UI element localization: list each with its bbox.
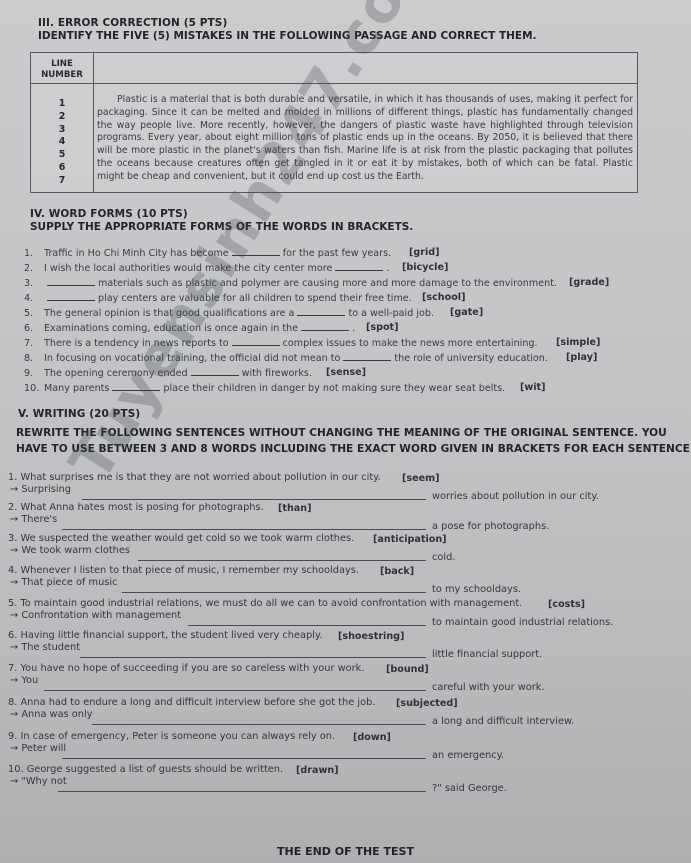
passage-line: programs. Every year, about eight millio… [97,132,633,145]
answer-line[interactable] [82,499,426,500]
writing-question: 8. Anna had to endure a long and difficu… [8,697,375,708]
error-correction-table: LINE NUMBER 1 2 3 4 5 6 7 Plastic is a m… [30,52,638,193]
rewrite-prompt: → We took warm clothes [10,545,130,556]
rewrite-ending: cold. [432,552,455,563]
line-number: 6 [31,162,93,175]
writing-question: 9. In case of emergency, Peter is someon… [8,731,335,742]
keyword-hint: [bound] [386,664,429,675]
passage-line: will be more plastic in the planet's wat… [97,145,633,158]
answer-blank[interactable] [343,352,391,361]
keyword-hint: [spot] [366,322,399,333]
sentence-start: Traffic in Ho Chi Minh City has become [44,248,229,259]
sentence-end: to a well-paid job. [348,308,434,319]
rewrite-ending: to maintain good industrial relations. [432,617,613,628]
keyword-hint: [wit] [520,382,546,393]
rewrite-prompt: → There's [10,514,57,525]
word-form-item: 9.The opening ceremony endedwith firewor… [24,367,312,379]
item-number: 9. [24,368,44,379]
answer-line[interactable] [122,592,426,593]
rewrite-prompt: → You [10,675,38,686]
rewrite-ending: ?" said George. [432,783,507,794]
section-3-title: III. ERROR CORRECTION (5 PTS) [38,17,227,29]
keyword-hint: [grid] [409,247,440,258]
word-form-item: 1.Traffic in Ho Chi Minh City has become… [24,247,391,259]
item-number: 5. [24,308,44,319]
rewrite-prompt: → "Why not [10,776,67,787]
sentence-end: place their children in danger by not ma… [163,383,505,394]
line-number-header: LINE NUMBER [31,59,93,81]
answer-line[interactable] [62,758,426,759]
answer-blank[interactable] [47,292,95,301]
word-form-item: 10.Many parentsplace their children in d… [24,382,505,394]
rewrite-ending: careful with your work. [432,682,545,693]
sentence-start: Examinations coming, education is once a… [44,323,298,334]
answer-line[interactable] [92,724,426,725]
keyword-hint: [school] [422,292,465,303]
answer-blank[interactable] [232,247,280,256]
sentence-start: I wish the local authorities would make … [44,263,332,274]
answer-line[interactable] [80,657,426,658]
rewrite-prompt: → The student [10,642,80,653]
section-4-instruction: SUPPLY THE APPROPRIATE FORMS OF THE WORD… [30,221,413,233]
item-number: 4. [24,293,44,304]
line-number: 3 [31,124,93,137]
word-form-item: 3.materials such as plastic and polymer … [24,277,557,289]
rewrite-prompt: → Peter will [10,743,66,754]
writing-question: 1. What surprises me is that they are no… [8,472,381,483]
keyword-hint: [down] [353,732,391,743]
line-number: 7 [31,175,93,188]
line-number: 5 [31,149,93,162]
writing-question: 10. George suggested a list of guests sh… [8,764,283,775]
word-form-item: 2.I wish the local authorities would mak… [24,262,389,274]
keyword-hint: [simple] [556,337,600,348]
section-5-instruction-line-2: HAVE TO USE BETWEEN 3 AND 8 WORDS INCLUD… [16,443,691,455]
answer-line[interactable] [188,625,426,626]
item-number: 7. [24,338,44,349]
answer-blank[interactable] [232,337,280,346]
rewrite-prompt: → Confrontation with management [10,610,181,621]
answer-blank[interactable] [297,307,345,316]
keyword-hint: [anticipation] [373,534,447,545]
passage: Plastic is a material that is both durab… [97,94,633,184]
rewrite-ending: a pose for photographs. [432,521,549,532]
item-number: 6. [24,323,44,334]
passage-line: the oceans because creatures often get t… [97,158,633,171]
answer-line[interactable] [138,560,426,561]
line-number: 2 [31,111,93,124]
keyword-hint: [than] [278,503,312,514]
word-form-item: 7.There is a tendency in news reports to… [24,337,538,349]
sentence-start: The opening ceremony ended [44,368,188,379]
line-number: 4 [31,136,93,149]
sentence-end: materials such as plastic and polymer ar… [98,278,557,289]
answer-blank[interactable] [47,277,95,286]
word-form-item: 4.play centers are valuable for all chil… [24,292,412,304]
writing-question: 6. Having little financial support, the … [8,630,322,641]
keyword-hint: [sense] [326,367,366,378]
line-number: 1 [31,98,93,111]
section-3-instruction: IDENTIFY THE FIVE (5) MISTAKES IN THE FO… [38,30,537,42]
passage-line: might be cheap and convenient, but it co… [97,171,633,184]
keyword-hint: [costs] [548,599,585,610]
table-header-row [31,53,637,84]
sentence-start: The general opinion is that good qualifi… [44,308,294,319]
passage-line: packaging. Since it can be melted and mo… [97,107,633,120]
sentence-end: . [352,323,355,334]
answer-line[interactable] [44,690,426,691]
sentence-end: complex issues to make the news more ent… [283,338,538,349]
answer-blank[interactable] [335,262,383,271]
word-form-item: 8.In focusing on vocational training, th… [24,352,548,364]
keyword-hint: [play] [566,352,597,363]
column-divider [93,53,94,192]
keyword-hint: [gate] [450,307,483,318]
sentence-end: the role of university education. [394,353,547,364]
answer-line[interactable] [58,791,426,792]
writing-question: 2. What Anna hates most is posing for ph… [8,502,264,513]
section-4-title: IV. WORD FORMS (10 PTS) [30,208,188,220]
writing-question: 5. To maintain good industrial relations… [8,598,522,609]
word-form-item: 6.Examinations coming, education is once… [24,322,355,334]
rewrite-ending: a long and difficult interview. [432,716,574,727]
writing-question: 7. You have no hope of succeeding if you… [8,663,364,674]
section-5-instruction-line-1: REWRITE THE FOLLOWING SENTENCES WITHOUT … [16,427,667,439]
sentence-end: play centers are valuable for all childr… [98,293,412,304]
header-line-1: LINE [31,59,93,70]
end-of-test-label: THE END OF THE TEST [0,845,691,858]
rewrite-prompt: → That piece of music [10,577,118,588]
keyword-hint: [grade] [569,277,609,288]
rewrite-ending: to my schooldays. [432,584,521,595]
sentence-end: for the past few years. [283,248,391,259]
keyword-hint: [shoestring] [338,631,404,642]
line-numbers: 1 2 3 4 5 6 7 [31,98,93,188]
header-line-2: NUMBER [31,70,93,81]
item-number: 2. [24,263,44,274]
keyword-hint: [drawn] [296,765,339,776]
item-number: 1. [24,248,44,259]
answer-blank[interactable] [112,382,160,391]
answer-blank[interactable] [191,367,239,376]
sentence-start: There is a tendency in news reports to [44,338,229,349]
sentence-end: . [386,263,389,274]
sentence-start: Many parents [44,383,109,394]
rewrite-prompt: → Surprising [10,484,71,495]
word-form-item: 5.The general opinion is that good quali… [24,307,434,319]
rewrite-prompt: → Anna was only [10,709,93,720]
rewrite-ending: worries about pollution in our city. [432,491,599,502]
rewrite-ending: little financial support. [432,649,542,660]
item-number: 3. [24,278,44,289]
passage-line: the way people live. More recently, howe… [97,120,633,133]
item-number: 8. [24,353,44,364]
rewrite-ending: an emergency. [432,750,504,761]
keyword-hint: [back] [380,566,414,577]
sentence-end: with fireworks. [242,368,312,379]
writing-question: 3. We suspected the weather would get co… [8,533,354,544]
keyword-hint: [seem] [402,473,440,484]
passage-line: Plastic is a material that is both durab… [97,94,633,107]
answer-line[interactable] [62,529,426,530]
keyword-hint: [bicycle] [402,262,448,273]
exam-page: III. ERROR CORRECTION (5 PTS) IDENTIFY T… [0,0,691,863]
keyword-hint: [subjected] [396,698,458,709]
item-number: 10. [24,383,44,394]
answer-blank[interactable] [301,322,349,331]
sentence-start: In focusing on vocational training, the … [44,353,340,364]
section-5-title: V. WRITING (20 PTS) [18,408,140,420]
writing-question: 4. Whenever I listen to that piece of mu… [8,565,359,576]
